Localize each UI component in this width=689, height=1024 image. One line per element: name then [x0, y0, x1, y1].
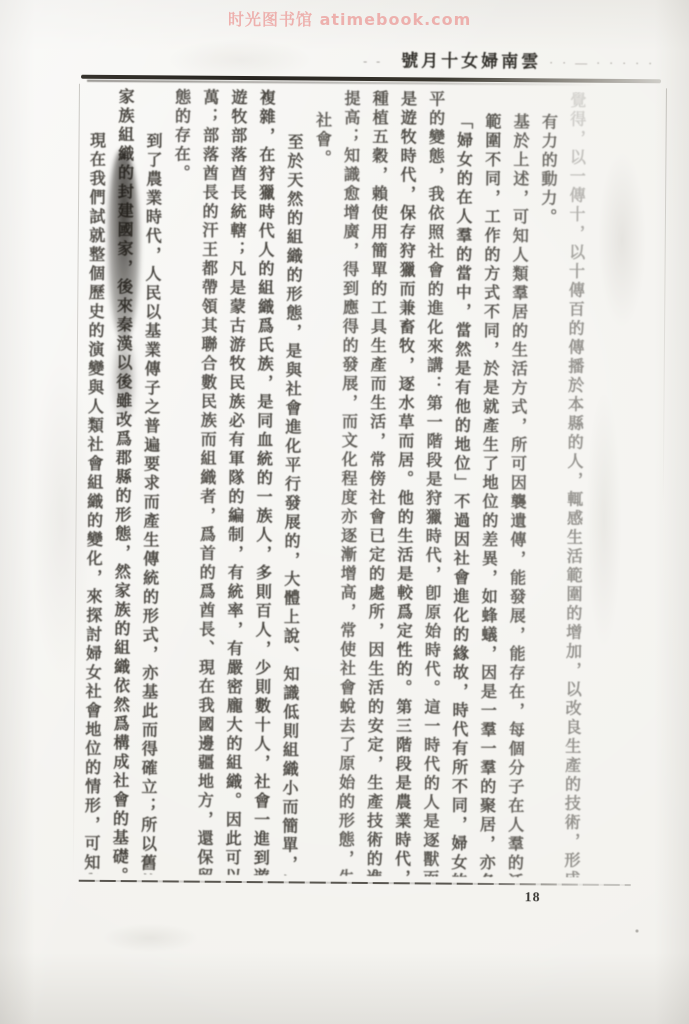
text-block-frame: - - 號月十女婦南雲 · · — · · · · · 覺得，以一傳十，以十傳百… [75, 44, 666, 887]
text-column: 萬；部落酋長的汗王都帶領其聯合數民族而組織者，爲首的爲酋長、現在我國邊疆地方，還… [196, 89, 221, 875]
text-column: 遊牧部落酋長統轄；凡是蒙古游牧民族必有軍隊的編制，有統率，有嚴密龐大的組織。因此… [224, 89, 249, 875]
text-column: 至於天然的組織的形態，是與社會進化平行發展的，大體上說、知識低則組織小而簡單，知… [280, 89, 305, 875]
text-column: 基於上述，可知人類羣居的生活方式，所可因襲遺傳，能發展，能存在，每個分子在人羣的… [506, 91, 531, 877]
text-column: 「婦女的在人羣的當中，當然是有他的地位」不過因社會進化的緣故，時代有所不同，婦女… [450, 91, 475, 877]
page-number: 18 [525, 890, 541, 906]
vertical-text-columns: 覺得，以一傳十，以十傳百的傳播於本縣的人，輒感生活範圍的增加，以改良生產的技術，… [83, 88, 588, 878]
text-column: 種植五穀，賴使用簡單的工具生產而生活，常傍社會已定的處所，因生活的安定，生產技術… [365, 90, 390, 876]
masthead-right-marks: · · — · · · · · [549, 55, 689, 71]
text-column: 態的存在。 [167, 88, 192, 874]
text-column: 範圍不同，工作的方式不同，於是就產生了地位的差異，如蜂蟻，因是一羣一羣的聚居，亦… [478, 91, 503, 877]
watermark: 时光图书馆 atimebook.com [228, 7, 471, 30]
masthead-left-marks: - - [363, 54, 383, 69]
text-column: 覺得，以一傳十，以十傳百的傳播於本縣的人，輒感生活範圍的增加，以改良生產的技術，… [563, 92, 588, 878]
text-column: 平的變態，我依照社會的進化來講：第一階段是狩獵時代，卽原始時代。這一時代的人是逐… [422, 90, 447, 876]
text-column: 是遊牧時代，保存狩獵而兼畜牧，逐水草而居。他的生活是較爲定性的。第三階段是農業時… [393, 90, 418, 876]
journal-title: 號月十女婦南雲 [401, 46, 541, 72]
scanned-page: 时光图书馆 atimebook.com - - 號月十女婦南雲 · · — · … [0, 0, 689, 1024]
text-column: 到了農業時代，人民以基業傳子之普遍要求而產生傳統的形式，亦基此而得確立；所以舊的… [139, 88, 164, 874]
frame-border-right [663, 88, 667, 507]
text-column: 社會。 [309, 90, 334, 876]
text-column: 現在我們試就整個歷史的演變與人類社會組織的變化，來探討婦女社會地位的情形，可知與… [83, 88, 108, 874]
text-column: 提高；知識愈增廣，得到應得的發展，而文化程度亦逐漸增高，常使社會蛻去了原始的形態… [337, 90, 362, 876]
ink-smudge [112, 330, 136, 426]
text-column: 有力的動力。 [535, 91, 560, 877]
text-column: 複雜，在狩獵時代人的組織爲氏族，是同血統的一族人，多則百人，少則數十人，社會一進… [252, 89, 277, 875]
masthead: - - 號月十女婦南雲 · · — · · · · · [81, 44, 665, 79]
footer-rule [79, 880, 631, 886]
frame-border-left [73, 84, 80, 880]
